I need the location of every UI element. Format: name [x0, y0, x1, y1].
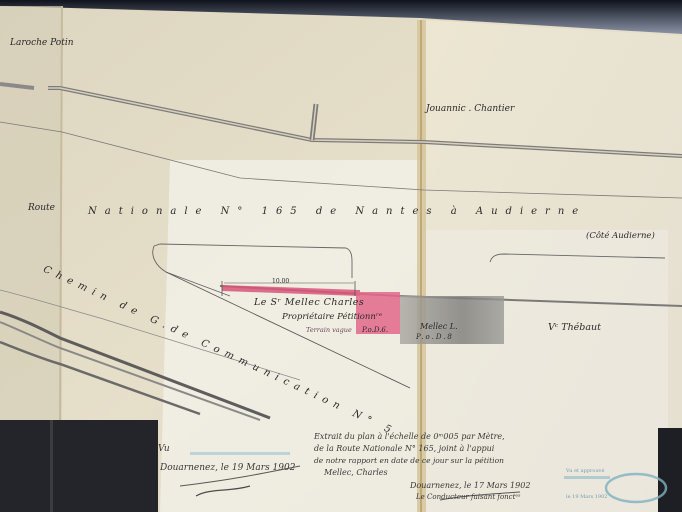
- approval-date: Douarnenez, le 19 Mars 1902: [160, 463, 295, 473]
- parcel-role: Propriétaire Pétitionnʳᵉ: [282, 312, 382, 322]
- caption-signatory: Le Conducteur faisant fonctᵉˢ: [416, 493, 520, 501]
- parcel-land-type: Terrain vague: [306, 326, 352, 334]
- parcel-owner: Le Sʳ Mellec Charles: [254, 297, 364, 308]
- road-name: Nationale N° 165 de Nantes à Audierne: [88, 206, 586, 217]
- caption-line-3: de notre rapport en date de ce jour sur …: [314, 456, 504, 465]
- dark-backing-left: [0, 420, 158, 512]
- caption-line-1: Extrait du plan à l'échelle de 0ᵐ005 par…: [314, 432, 505, 441]
- owner-label-jouannic: Jouannic . Chantier: [426, 104, 514, 114]
- caption-place-date: Douarnenez, le 17 Mars 1902: [410, 481, 530, 490]
- neighbor-name: Mellec L.: [420, 322, 458, 331]
- dark-backing-right: [658, 428, 682, 512]
- map-photo: Laroche Potin Jouannic . Chantier Route …: [0, 0, 682, 512]
- stamp-text: Vu et approuvé: [566, 468, 604, 474]
- neighbor-right-label: Vᶜ Thébaut: [548, 322, 601, 333]
- caption-line-2: de la Route Nationale N° 165, joint à l'…: [314, 444, 494, 453]
- road-prefix: Route: [28, 203, 55, 213]
- neighbor-ref: P.o.D.8: [416, 333, 454, 341]
- caption-line-4: Mellec, Charles: [324, 468, 388, 477]
- approval-vu: Vu: [158, 444, 170, 454]
- stamp-date: le 19 Mars 1902: [566, 494, 607, 500]
- owner-label-laroche: Laroche Potin: [10, 38, 74, 48]
- parcel-ref: P.o.D.6.: [362, 326, 388, 334]
- scale-dimension: 10.00: [272, 278, 289, 285]
- road-destination-note: (Côté Audierne): [586, 231, 655, 241]
